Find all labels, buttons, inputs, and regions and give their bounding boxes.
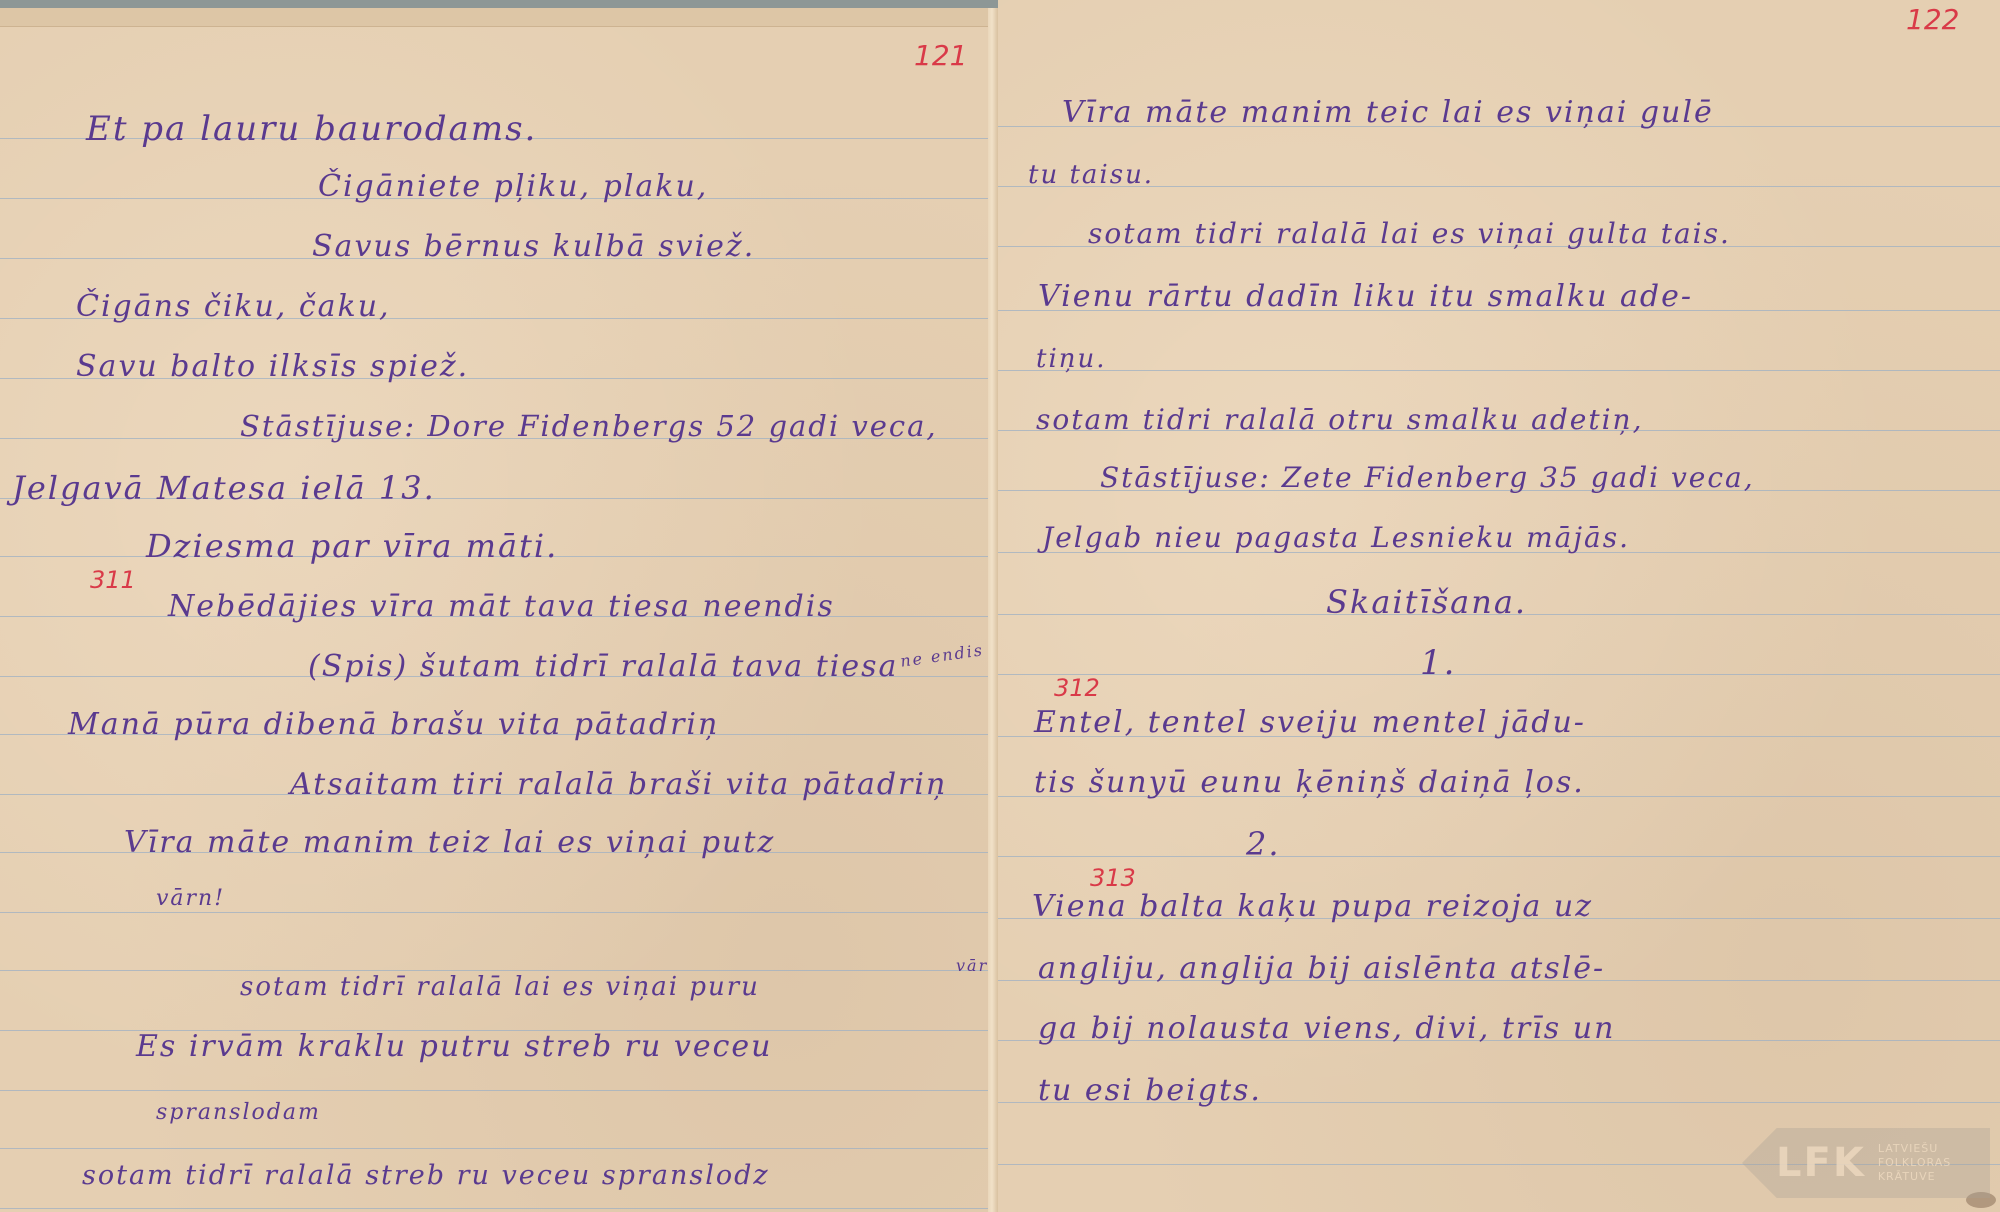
text-line: Savu balto ilksīs spiež.	[76, 352, 469, 382]
ruled-line	[0, 1148, 990, 1149]
informant-address: Jelgavā Matesa ielā 13.	[12, 472, 436, 504]
text-line: tu esi beigts.	[1038, 1076, 1262, 1106]
text-line: Manā pūra dibenā brašu vita pātadriņ	[68, 710, 719, 740]
ruled-line	[0, 1090, 990, 1091]
text-line: (Spis) šutam tidrī ralalā tava tiesa	[308, 652, 898, 682]
superscript-note: vārz	[956, 958, 991, 974]
ruled-line	[0, 1208, 990, 1209]
watermark-text: LATVIEŠU FOLKLORAS KRĀTUVE	[1878, 1142, 1951, 1183]
text-line: tis šunyū eunu ķēniņš daiņā ļos.	[1034, 768, 1585, 798]
ruled-line	[998, 856, 2000, 857]
text-line: sotam tidrī ralalā streb ru veceu sprans…	[82, 1162, 770, 1189]
text-line: Atsaitam tiri ralalā braši vita pātadriņ	[290, 770, 947, 800]
catalog-number: 312	[1054, 676, 1100, 700]
text-line: sotam tidrī ralalā lai es viņai puru	[240, 974, 760, 1000]
song-title: Dziesma par vīra māti.	[146, 530, 558, 562]
right-page: 122 Vīra māte manim teic lai es viņai gu…	[998, 0, 2000, 1212]
informant-credit: Stāstījuse: Zete Fidenberg 35 gadi veca,	[1100, 464, 1755, 492]
text-line: Vienu rārtu dadīn liku itu smalku ade-	[1038, 282, 1693, 312]
catalog-number: 311	[90, 568, 136, 592]
superscript-note: ne endis	[899, 642, 985, 670]
archive-watermark: LFK LATVIEŠU FOLKLORAS KRĀTUVE	[1742, 1128, 1990, 1198]
text-line: angliju, anglija bij aislēnta atslē-	[1038, 954, 1605, 984]
text-line: Viena balta kaķu pupa reizoja uz	[1032, 892, 1593, 922]
item-number: 2.	[1246, 828, 1281, 860]
ruled-line	[0, 970, 990, 971]
text-line: Vīra māte manim teiz lai es viņai putz	[124, 828, 775, 858]
text-line: Čigāniete pļiku, plaku,	[318, 172, 708, 202]
ruled-line	[998, 674, 2000, 675]
catalog-number: 313	[1090, 866, 1136, 890]
text-line: Et pa lauru baurodams.	[86, 112, 537, 146]
text-line: Es irvām kraklu putru streb ru veceu	[136, 1032, 772, 1062]
page-number: 122	[1906, 6, 1959, 34]
text-line: sotam tidri ralalā lai es viņai gulta ta…	[1088, 220, 1731, 248]
item-number: 1.	[1420, 646, 1456, 680]
text-line: Savus bērnus kulbā sviež.	[312, 232, 755, 262]
text-line: tiņu.	[1036, 346, 1107, 372]
ruled-line	[998, 370, 2000, 371]
text-line: spranslodam	[156, 1102, 321, 1124]
informant-address: Jelgab nieu pagasta Lesnieku mājās.	[1042, 524, 1630, 552]
section-title: Skaitīšana.	[1326, 586, 1527, 618]
text-line: sotam tidri ralalā otru smalku adetiņ,	[1036, 406, 1644, 434]
watermark-logo: LFK	[1776, 1140, 1866, 1186]
watermark-line: LATVIEŠU	[1878, 1142, 1951, 1156]
text-line: tu taisu.	[1028, 162, 1154, 188]
watermark-line: FOLKLORAS	[1878, 1156, 1951, 1170]
notebook-spine	[988, 8, 998, 1212]
watermark-line: KRĀTUVE	[1878, 1170, 1951, 1184]
text-line: Vīra māte manim teic lai es viņai gulē	[1062, 98, 1714, 128]
left-page: 121 Et pa lauru baurodams. Čigāniete pļi…	[0, 8, 991, 1212]
ruled-line	[0, 912, 990, 913]
informant-credit: Stāstījuse: Dore Fidenbergs 52 gadi veca…	[240, 412, 938, 441]
text-line: vārn!	[156, 888, 225, 910]
page-number: 121	[914, 42, 967, 70]
text-line: Čigāns čiku, čaku,	[76, 292, 391, 322]
text-line: ga bij nolausta viens, divi, trīs un	[1038, 1014, 1615, 1044]
text-line: Entel, tentel sveiju mentel jādu-	[1034, 708, 1586, 738]
text-line: Nebēdājies vīra māt tava tiesa neendis	[168, 592, 835, 622]
